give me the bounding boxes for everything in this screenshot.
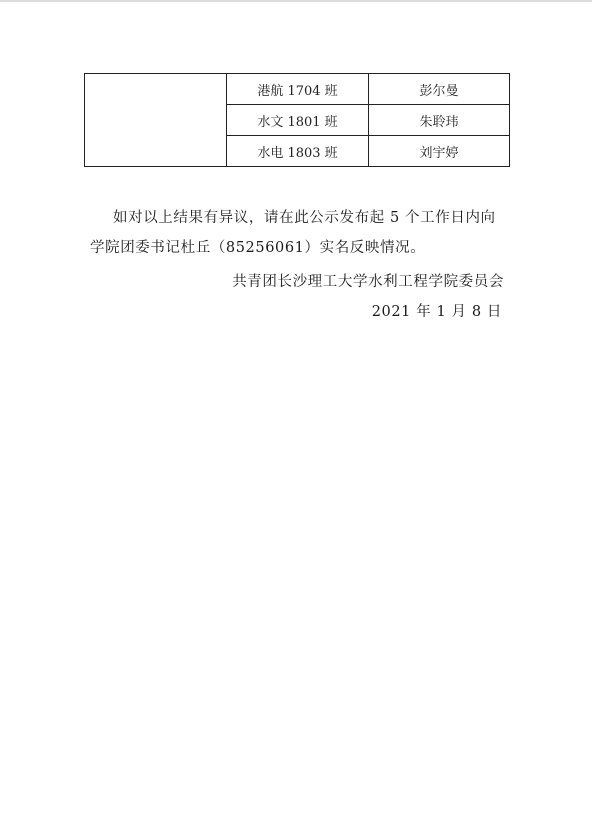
name-cell: 朱聆玮 <box>369 105 510 136</box>
class-cell: 水文 1801 班 <box>227 105 369 136</box>
class-cell: 水电 1803 班 <box>227 136 369 167</box>
signature-organization: 共青团长沙理工大学水利工程学院委员会 <box>232 270 504 291</box>
results-table: 港航 1704 班 彭尔曼 水文 1801 班 朱聆玮 水电 1803 班 刘宇… <box>84 73 510 167</box>
notice-paragraph-line-2: 学院团委书记杜丘（85256061）实名反映情况。 <box>90 236 425 257</box>
class-cell: 港航 1704 班 <box>227 74 369 105</box>
name-cell: 刘宇婷 <box>369 136 510 167</box>
notice-paragraph-line-1: 如对以上结果有异议，请在此公示发布起 5 个工作日内向 <box>113 206 496 227</box>
table-row: 港航 1704 班 彭尔曼 <box>85 74 510 105</box>
name-cell: 彭尔曼 <box>369 74 510 105</box>
page-top-edge <box>0 0 592 2</box>
signature-date: 2021 年 1 月 8 日 <box>372 300 502 321</box>
merged-group-cell <box>85 74 227 167</box>
